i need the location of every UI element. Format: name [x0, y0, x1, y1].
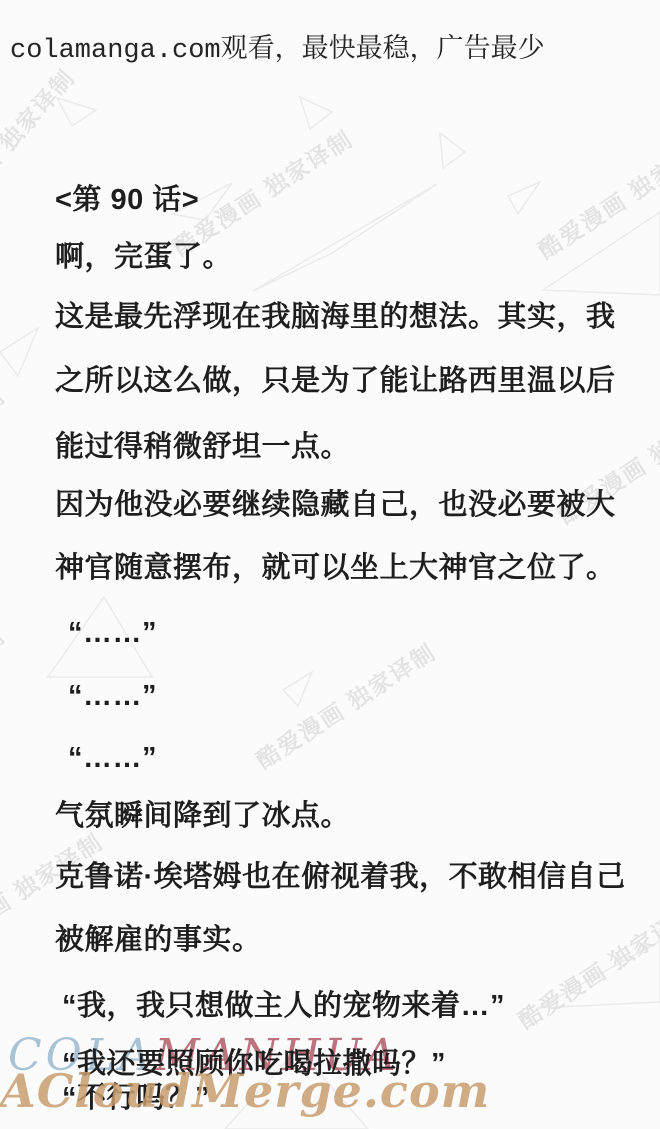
narration-line: 之所以这么做，只是为了能让路西里温以后 — [55, 362, 616, 400]
narration-line: 这是最先浮现在我脑海里的想法。其实，我 — [55, 298, 616, 336]
manga-text-page: 酷爱漫画 独家译制 酷爱漫画 独家译制 酷爱漫画 独家译制 酷爱漫画 独家译制 … — [0, 0, 660, 1129]
ellipsis-quote-line: “……” — [68, 677, 157, 715]
narration-line: 被解雇的事实。 — [55, 921, 262, 959]
brand-url-watermark: ACloudMerge.com — [0, 1064, 490, 1118]
narration-line: 因为他没必要继续隐藏自己，也没必要被大 — [55, 486, 616, 524]
dialogue-line: “我，我只想做主人的宠物来着…” — [62, 987, 505, 1025]
narration-line: 神官随意摆布，就可以坐上大神官之位了。 — [55, 549, 616, 587]
narration-line: 气氛瞬间降到了冰点。 — [55, 797, 350, 835]
narration-line: 能过得稍微舒坦一点。 — [55, 428, 350, 466]
ellipsis-quote-line: “……” — [68, 739, 157, 777]
site-watermark-header: colamanga.com观看，最快最稳，广告最少 — [10, 26, 545, 66]
chapter-title: <第 90 话> — [55, 181, 199, 219]
ellipsis-quote-line: “……” — [68, 614, 157, 652]
narration-line: 啊，完蛋了。 — [55, 238, 232, 276]
narration-line: 克鲁诺·埃塔姆也在俯视着我，不敢相信自己 — [55, 858, 626, 896]
